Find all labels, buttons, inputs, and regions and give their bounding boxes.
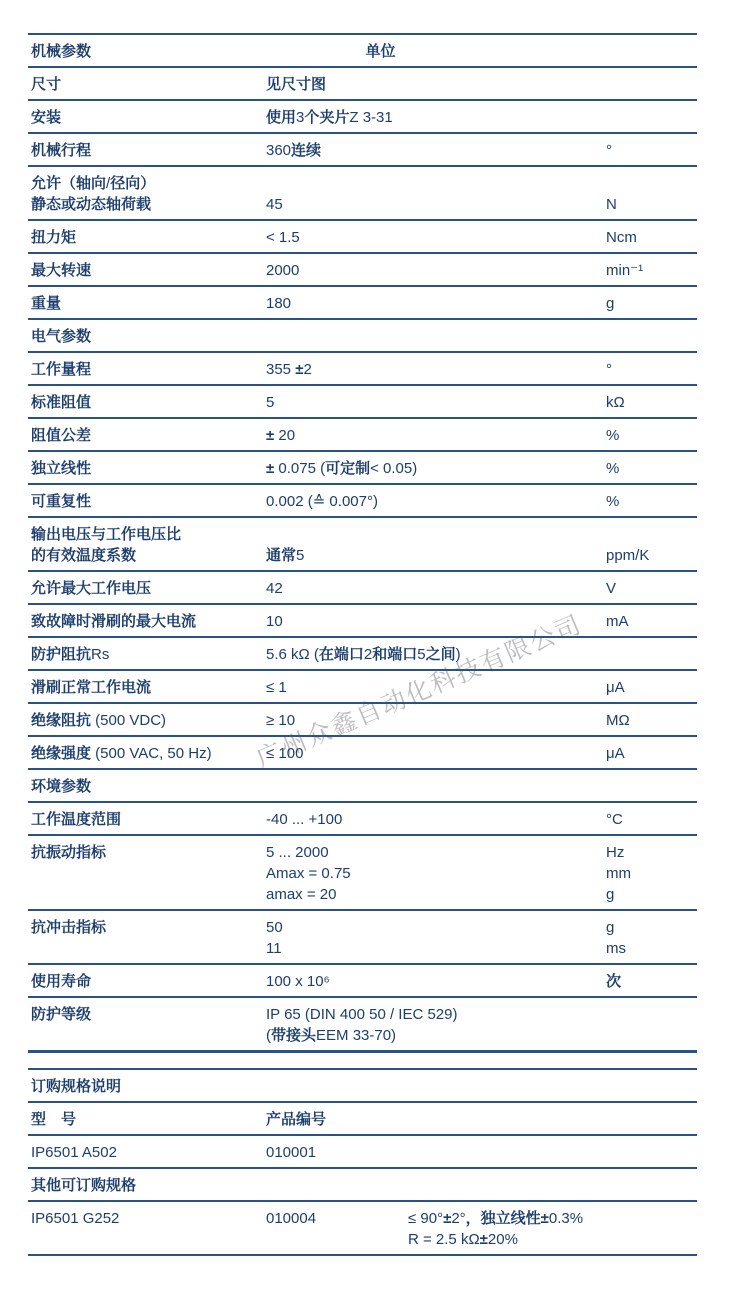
- param-unit: [603, 68, 697, 99]
- spec-row: 绝缘强度 (500 VAC, 50 Hz)≤ 100μA: [28, 737, 697, 770]
- param-value: 355 ±2: [263, 353, 603, 384]
- param-label: 尺寸: [28, 68, 263, 99]
- param-value: 5 ... 2000Amax = 0.75amax = 20: [263, 836, 603, 909]
- product-no-column-header: 产品编号: [263, 1103, 405, 1134]
- spec-row: 可重复性0.002 (≙ 0.007°)%: [28, 485, 697, 518]
- param-value: 0.002 (≙ 0.007°): [263, 485, 603, 516]
- param-label: 致故障时滑刷的最大电流: [28, 605, 263, 636]
- param-value: ≥ 10: [263, 704, 603, 735]
- param-label: 防护等级: [28, 998, 263, 1050]
- spec-row: 允许（轴向/径向）静态或动态轴荷载45N: [28, 167, 697, 221]
- param-label: 滑刷正常工作电流: [28, 671, 263, 702]
- param-value: 见尺寸图: [263, 68, 603, 99]
- param-label: 工作量程: [28, 353, 263, 384]
- param-unit: MΩ: [603, 704, 697, 735]
- param-unit: V: [603, 572, 697, 603]
- param-unit: [603, 998, 697, 1050]
- param-unit: kΩ: [603, 386, 697, 417]
- order-table: 订购规格说明型 号产品编号IP6501 A502010001其他可订购规格IP6…: [28, 1068, 697, 1256]
- param-value: 180: [263, 287, 603, 318]
- param-label: 工作温度范围: [28, 803, 263, 834]
- param-unit: 次: [603, 965, 697, 996]
- unit-header: [363, 320, 698, 351]
- param-label: 最大转速: [28, 254, 263, 285]
- note-value: ≤ 90°±2°，独立线性±0.3%R = 2.5 kΩ±20%: [405, 1202, 697, 1254]
- param-value: ≤ 1: [263, 671, 603, 702]
- param-label: 绝缘阻抗 (500 VDC): [28, 704, 263, 735]
- param-label: 允许最大工作电压: [28, 572, 263, 603]
- spec-row: 使用寿命100 x 10⁶次: [28, 965, 697, 998]
- spec-row: 绝缘阻抗 (500 VDC)≥ 10MΩ: [28, 704, 697, 737]
- param-unit: °: [603, 134, 697, 165]
- param-value: 2000: [263, 254, 603, 285]
- datasheet-page: 广州众鑫自动化科技有限公司 机械参数单位尺寸见尺寸图安装使用3个夹片Z 3-31…: [0, 0, 750, 1293]
- spec-row: 抗振动指标5 ... 2000Amax = 0.75amax = 20Hzmmg: [28, 836, 697, 911]
- section-row: 电气参数: [28, 320, 697, 353]
- section-title: 机械参数: [28, 35, 363, 66]
- param-label: 重量: [28, 287, 263, 318]
- param-value: 5011: [263, 911, 603, 963]
- spec-row: 尺寸见尺寸图: [28, 68, 697, 101]
- product-no-value: 010004: [263, 1202, 405, 1254]
- param-value: < 1.5: [263, 221, 603, 252]
- param-unit: Hzmmg: [603, 836, 697, 909]
- model-column-header: 型 号: [28, 1103, 263, 1134]
- param-label: 机械行程: [28, 134, 263, 165]
- param-unit: ppm/K: [603, 539, 697, 570]
- param-value: ± 20: [263, 419, 603, 450]
- param-unit: μA: [603, 737, 697, 768]
- product-no-value: 010001: [263, 1136, 405, 1167]
- param-value: IP 65 (DIN 400 50 / IEC 529)(带接头EEM 33-7…: [263, 998, 603, 1050]
- param-unit: [603, 638, 697, 669]
- param-value: ≤ 100: [263, 737, 603, 768]
- note-value: [405, 1136, 697, 1167]
- spec-row: 机械行程360连续°: [28, 134, 697, 167]
- param-value: 通常5: [263, 539, 603, 570]
- spec-row: 独立线性± 0.075 (可定制< 0.05)%: [28, 452, 697, 485]
- param-value: 5.6 kΩ (在端口2和端口5之间): [263, 638, 603, 669]
- param-label: 抗冲击指标: [28, 911, 263, 963]
- model-value: IP6501 G252: [28, 1202, 263, 1254]
- section-row: 其他可订购规格: [28, 1169, 697, 1202]
- param-value: 360连续: [263, 134, 603, 165]
- section-row: 机械参数单位: [28, 35, 697, 68]
- param-label: 扭力矩: [28, 221, 263, 252]
- model-value: IP6501 A502: [28, 1136, 263, 1167]
- spec-row: 抗冲击指标5011gms: [28, 911, 697, 965]
- param-unit: gms: [603, 911, 697, 963]
- note-column-header: [405, 1103, 697, 1134]
- param-unit: g: [603, 287, 697, 318]
- param-unit: min⁻¹: [603, 254, 697, 285]
- unit-header: 单位: [363, 35, 698, 66]
- param-unit: %: [603, 419, 697, 450]
- param-unit: [603, 101, 697, 132]
- param-label: 使用寿命: [28, 965, 263, 996]
- param-label: 独立线性: [28, 452, 263, 483]
- section-row: 订购规格说明: [28, 1070, 697, 1103]
- param-value: ± 0.075 (可定制< 0.05): [263, 452, 603, 483]
- order-row: IP6501 A502010001: [28, 1136, 697, 1169]
- spec-row: 安装使用3个夹片Z 3-31: [28, 101, 697, 134]
- param-unit: %: [603, 485, 697, 516]
- param-unit: °C: [603, 803, 697, 834]
- spec-row: 防护等级IP 65 (DIN 400 50 / IEC 529)(带接头EEM …: [28, 998, 697, 1053]
- param-unit: mA: [603, 605, 697, 636]
- spec-row: 重量180g: [28, 287, 697, 320]
- spec-row: 标准阻值5kΩ: [28, 386, 697, 419]
- param-value: 100 x 10⁶: [263, 965, 603, 996]
- param-value: 45: [263, 188, 603, 219]
- param-value: 10: [263, 605, 603, 636]
- param-unit: %: [603, 452, 697, 483]
- param-label: 绝缘强度 (500 VAC, 50 Hz): [28, 737, 263, 768]
- param-value: 42: [263, 572, 603, 603]
- spec-row: 输出电压与工作电压比的有效温度系数通常5ppm/K: [28, 518, 697, 572]
- param-label: 可重复性: [28, 485, 263, 516]
- param-label: 防护阻抗Rs: [28, 638, 263, 669]
- param-value: 使用3个夹片Z 3-31: [263, 101, 603, 132]
- param-label: 输出电压与工作电压比的有效温度系数: [28, 518, 263, 570]
- param-label: 标准阻值: [28, 386, 263, 417]
- param-label: 抗振动指标: [28, 836, 263, 909]
- spec-row: 滑刷正常工作电流≤ 1μA: [28, 671, 697, 704]
- spec-row: 最大转速2000min⁻¹: [28, 254, 697, 287]
- spec-row: 致故障时滑刷的最大电流10mA: [28, 605, 697, 638]
- order-header-row: 型 号产品编号: [28, 1103, 697, 1136]
- spec-row: 允许最大工作电压42V: [28, 572, 697, 605]
- spec-row: 阻值公差± 20%: [28, 419, 697, 452]
- section-title: 电气参数: [28, 320, 363, 351]
- order-row: IP6501 G252010004≤ 90°±2°，独立线性±0.3%R = 2…: [28, 1202, 697, 1256]
- param-label: 允许（轴向/径向）静态或动态轴荷载: [28, 167, 263, 219]
- param-value: 5: [263, 386, 603, 417]
- spec-table: 机械参数单位尺寸见尺寸图安装使用3个夹片Z 3-31机械行程360连续°允许（轴…: [28, 33, 697, 1053]
- param-unit: Ncm: [603, 221, 697, 252]
- param-unit: μA: [603, 671, 697, 702]
- spec-row: 工作量程355 ±2°: [28, 353, 697, 386]
- section-title: 环境参数: [28, 770, 363, 801]
- param-label: 安装: [28, 101, 263, 132]
- spec-row: 防护阻抗Rs5.6 kΩ (在端口2和端口5之间): [28, 638, 697, 671]
- section-title: 订购规格说明: [28, 1070, 697, 1101]
- param-label: 阻值公差: [28, 419, 263, 450]
- section-row: 环境参数: [28, 770, 697, 803]
- param-unit: N: [603, 188, 697, 219]
- spec-row: 扭力矩< 1.5Ncm: [28, 221, 697, 254]
- param-unit: °: [603, 353, 697, 384]
- param-value: -40 ... +100: [263, 803, 603, 834]
- section-title: 其他可订购规格: [28, 1169, 697, 1200]
- spec-row: 工作温度范围-40 ... +100°C: [28, 803, 697, 836]
- unit-header: [363, 770, 698, 801]
